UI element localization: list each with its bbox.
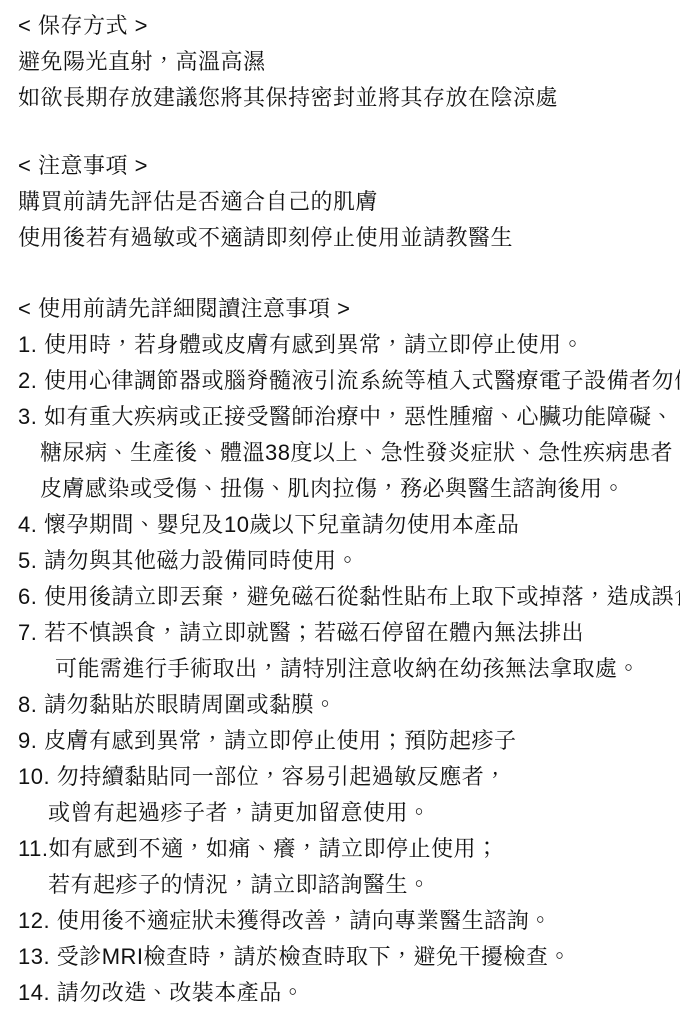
precaution-item-12: 12. 使用後不適症狀未獲得改善，請向專業醫生諮詢。 [18,903,670,939]
precaution-item-13: 13. 受診MRI檢查時，請於檢查時取下，避免干擾檢查。 [18,939,670,975]
precaution-item-11-cont: 若有起疹子的情況，請立即諮詢醫生。 [18,867,670,903]
product-info-page: { "page": { "background": "#ffffff", "te… [0,0,680,1020]
precaution-item-6: 6. 使用後請立即丟棄，避免磁石從黏性貼布上取下或掉落，造成誤食。 [18,579,670,615]
section-precautions: < 使用前請先詳細閱讀注意事項 > 1. 使用時，若身體或皮膚有感到異常，請立即… [18,291,670,1011]
precaution-item-9: 9. 皮膚有感到異常，請立即停止使用；預防起疹子 [18,723,670,759]
precaution-item-10: 10. 勿持續黏貼同一部位，容易引起過敏反應者， [18,759,670,795]
precaution-item-2: 2. 使用心律調節器或腦脊髓液引流系統等植入式醫療電子設備者勿使用 [18,363,670,399]
precaution-item-4: 4. 懷孕期間、嬰兒及10歲以下兒童請勿使用本產品 [18,507,670,543]
precaution-item-3-cont: 皮膚感染或受傷、扭傷、肌肉拉傷，務必與醫生諮詢後用。 [18,471,670,507]
precaution-item-10-cont: 或曾有起過疹子者，請更加留意使用。 [18,795,670,831]
precaution-item-7-cont: 可能需進行手術取出，請特別注意收納在幼孩無法拿取處。 [18,651,670,687]
precaution-item-3: 3. 如有重大疾病或正接受醫師治療中，惡性腫瘤、心臟功能障礙、 [18,399,670,435]
caution-line: 使用後若有過敏或不適請即刻停止使用並請教醫生 [18,220,670,256]
precaution-item-8: 8. 請勿黏貼於眼睛周圍或黏膜。 [18,687,670,723]
section-title-precautions: < 使用前請先詳細閱讀注意事項 > [18,291,670,327]
precaution-item-1: 1. 使用時，若身體或皮膚有感到異常，請立即停止使用。 [18,327,670,363]
precaution-item-11: 11.如有感到不適，如痛、癢，請立即停止使用； [18,831,670,867]
precaution-item-7: 7. 若不慎誤食，請立即就醫；若磁石停留在體內無法排出 [18,615,670,651]
section-cautions: < 注意事項 > 購買前請先評估是否適合自己的肌膚 使用後若有過敏或不適請即刻停… [18,148,670,256]
storage-line: 如欲長期存放建議您將其保持密封並將其存放在陰涼處 [18,80,670,116]
caution-line: 購買前請先評估是否適合自己的肌膚 [18,184,670,220]
storage-line: 避免陽光直射，高溫高濕 [18,44,670,80]
section-title-storage: < 保存方式 > [18,8,670,44]
precaution-item-3-cont: 糖尿病、生產後、體溫38度以上、急性發炎症狀、急性疾病患者 [18,435,670,471]
section-storage-method: < 保存方式 > 避免陽光直射，高溫高濕 如欲長期存放建議您將其保持密封並將其存… [18,8,670,116]
precaution-item-14: 14. 請勿改造、改裝本產品。 [18,975,670,1011]
precaution-item-5: 5. 請勿與其他磁力設備同時使用。 [18,543,670,579]
section-title-cautions: < 注意事項 > [18,148,670,184]
